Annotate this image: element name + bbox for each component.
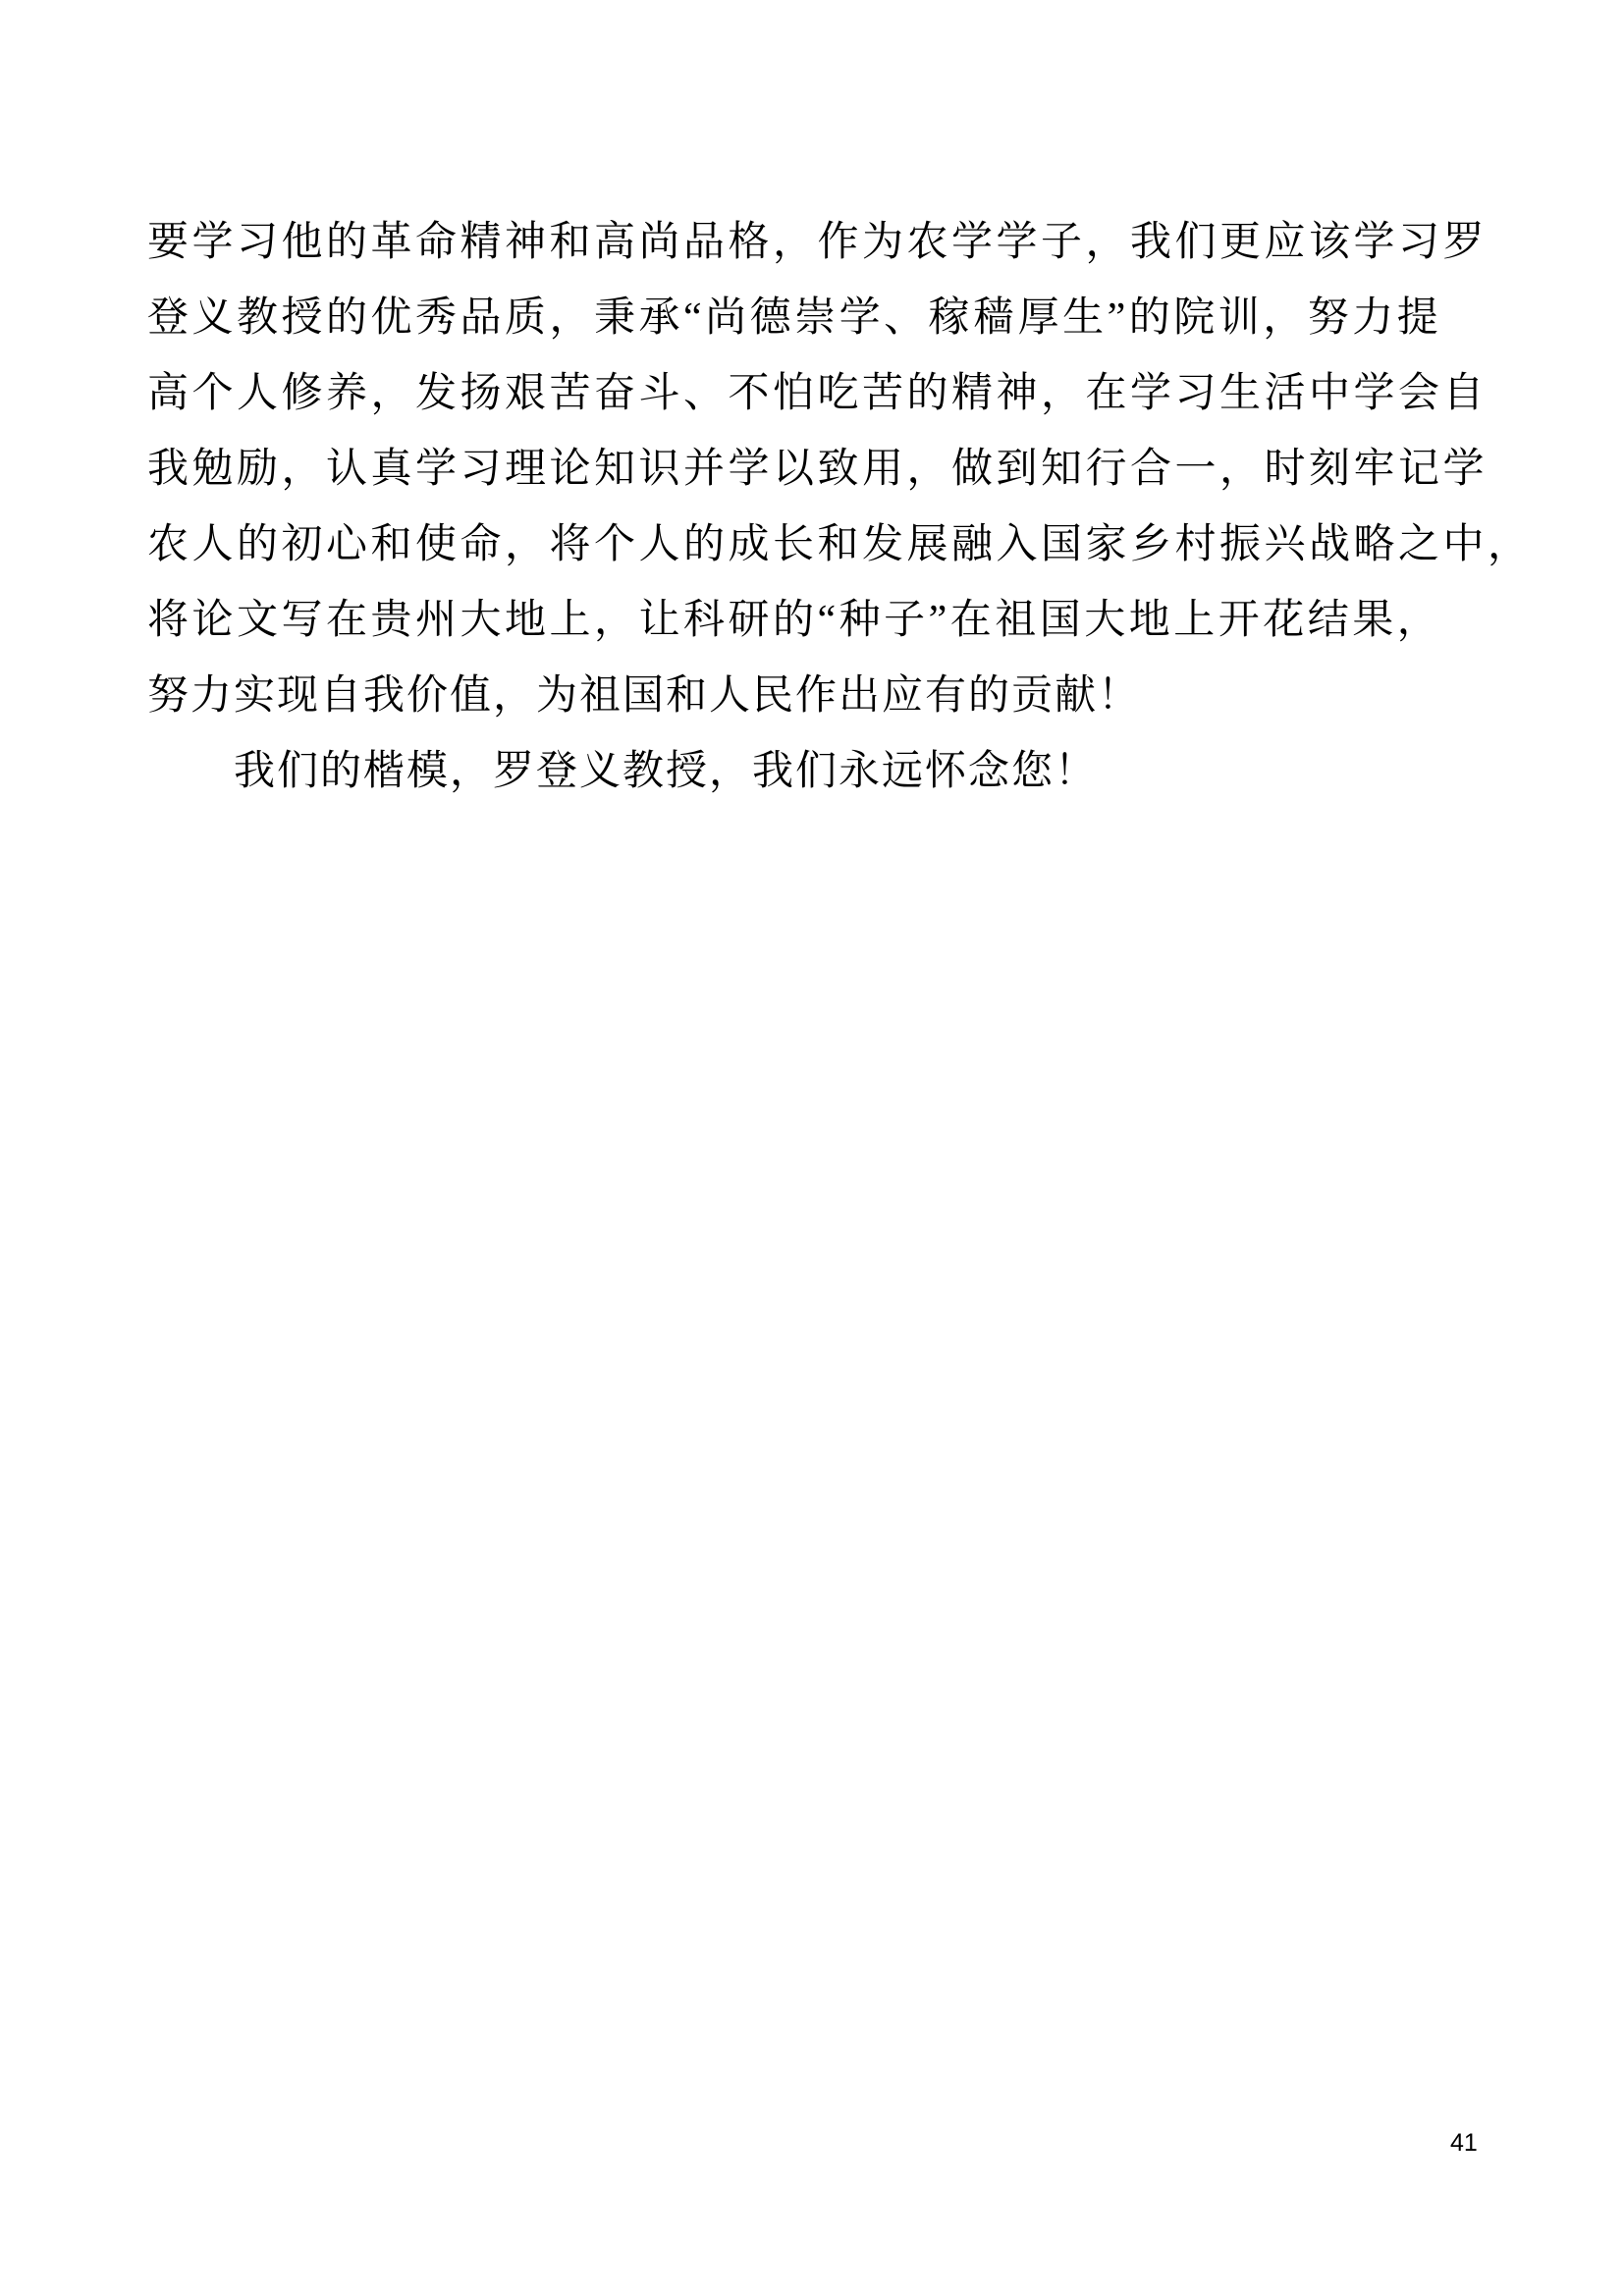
text-line-5: 农人的初心和使命，将个人的成长和发展融入国家乡村振兴战略之中，: [147, 507, 1488, 583]
text-line-6: 将论文写在贵州大地上，让科研的“种子”在祖国大地上开花结果，: [147, 583, 1488, 659]
text-line-1: 要学习他的革命精神和高尚品格，作为农学学子，我们更应该学习罗: [147, 205, 1488, 281]
text-line-4: 我勉励，认真学习理论知识并学以致用，做到知行合一，时刻牢记学: [147, 432, 1488, 507]
text-line-3: 高个人修养，发扬艰苦奋斗、不怕吃苦的精神，在学习生活中学会自: [147, 356, 1488, 432]
body-text-block: 要学习他的革命精神和高尚品格，作为农学学子，我们更应该学习罗 登义教授的优秀品质…: [147, 205, 1488, 810]
document-page: 要学习他的革命精神和高尚品格，作为农学学子，我们更应该学习罗 登义教授的优秀品质…: [0, 0, 1624, 2296]
page-number: 41: [1450, 2128, 1478, 2158]
text-line-8: 我们的楷模，罗登义教授，我们永远怀念您！: [147, 734, 1488, 810]
text-line-2: 登义教授的优秀品质，秉承“尚德崇学、稼穑厚生”的院训，努力提: [147, 281, 1488, 356]
text-line-7: 努力实现自我价值，为祖国和人民作出应有的贡献！: [147, 659, 1488, 734]
